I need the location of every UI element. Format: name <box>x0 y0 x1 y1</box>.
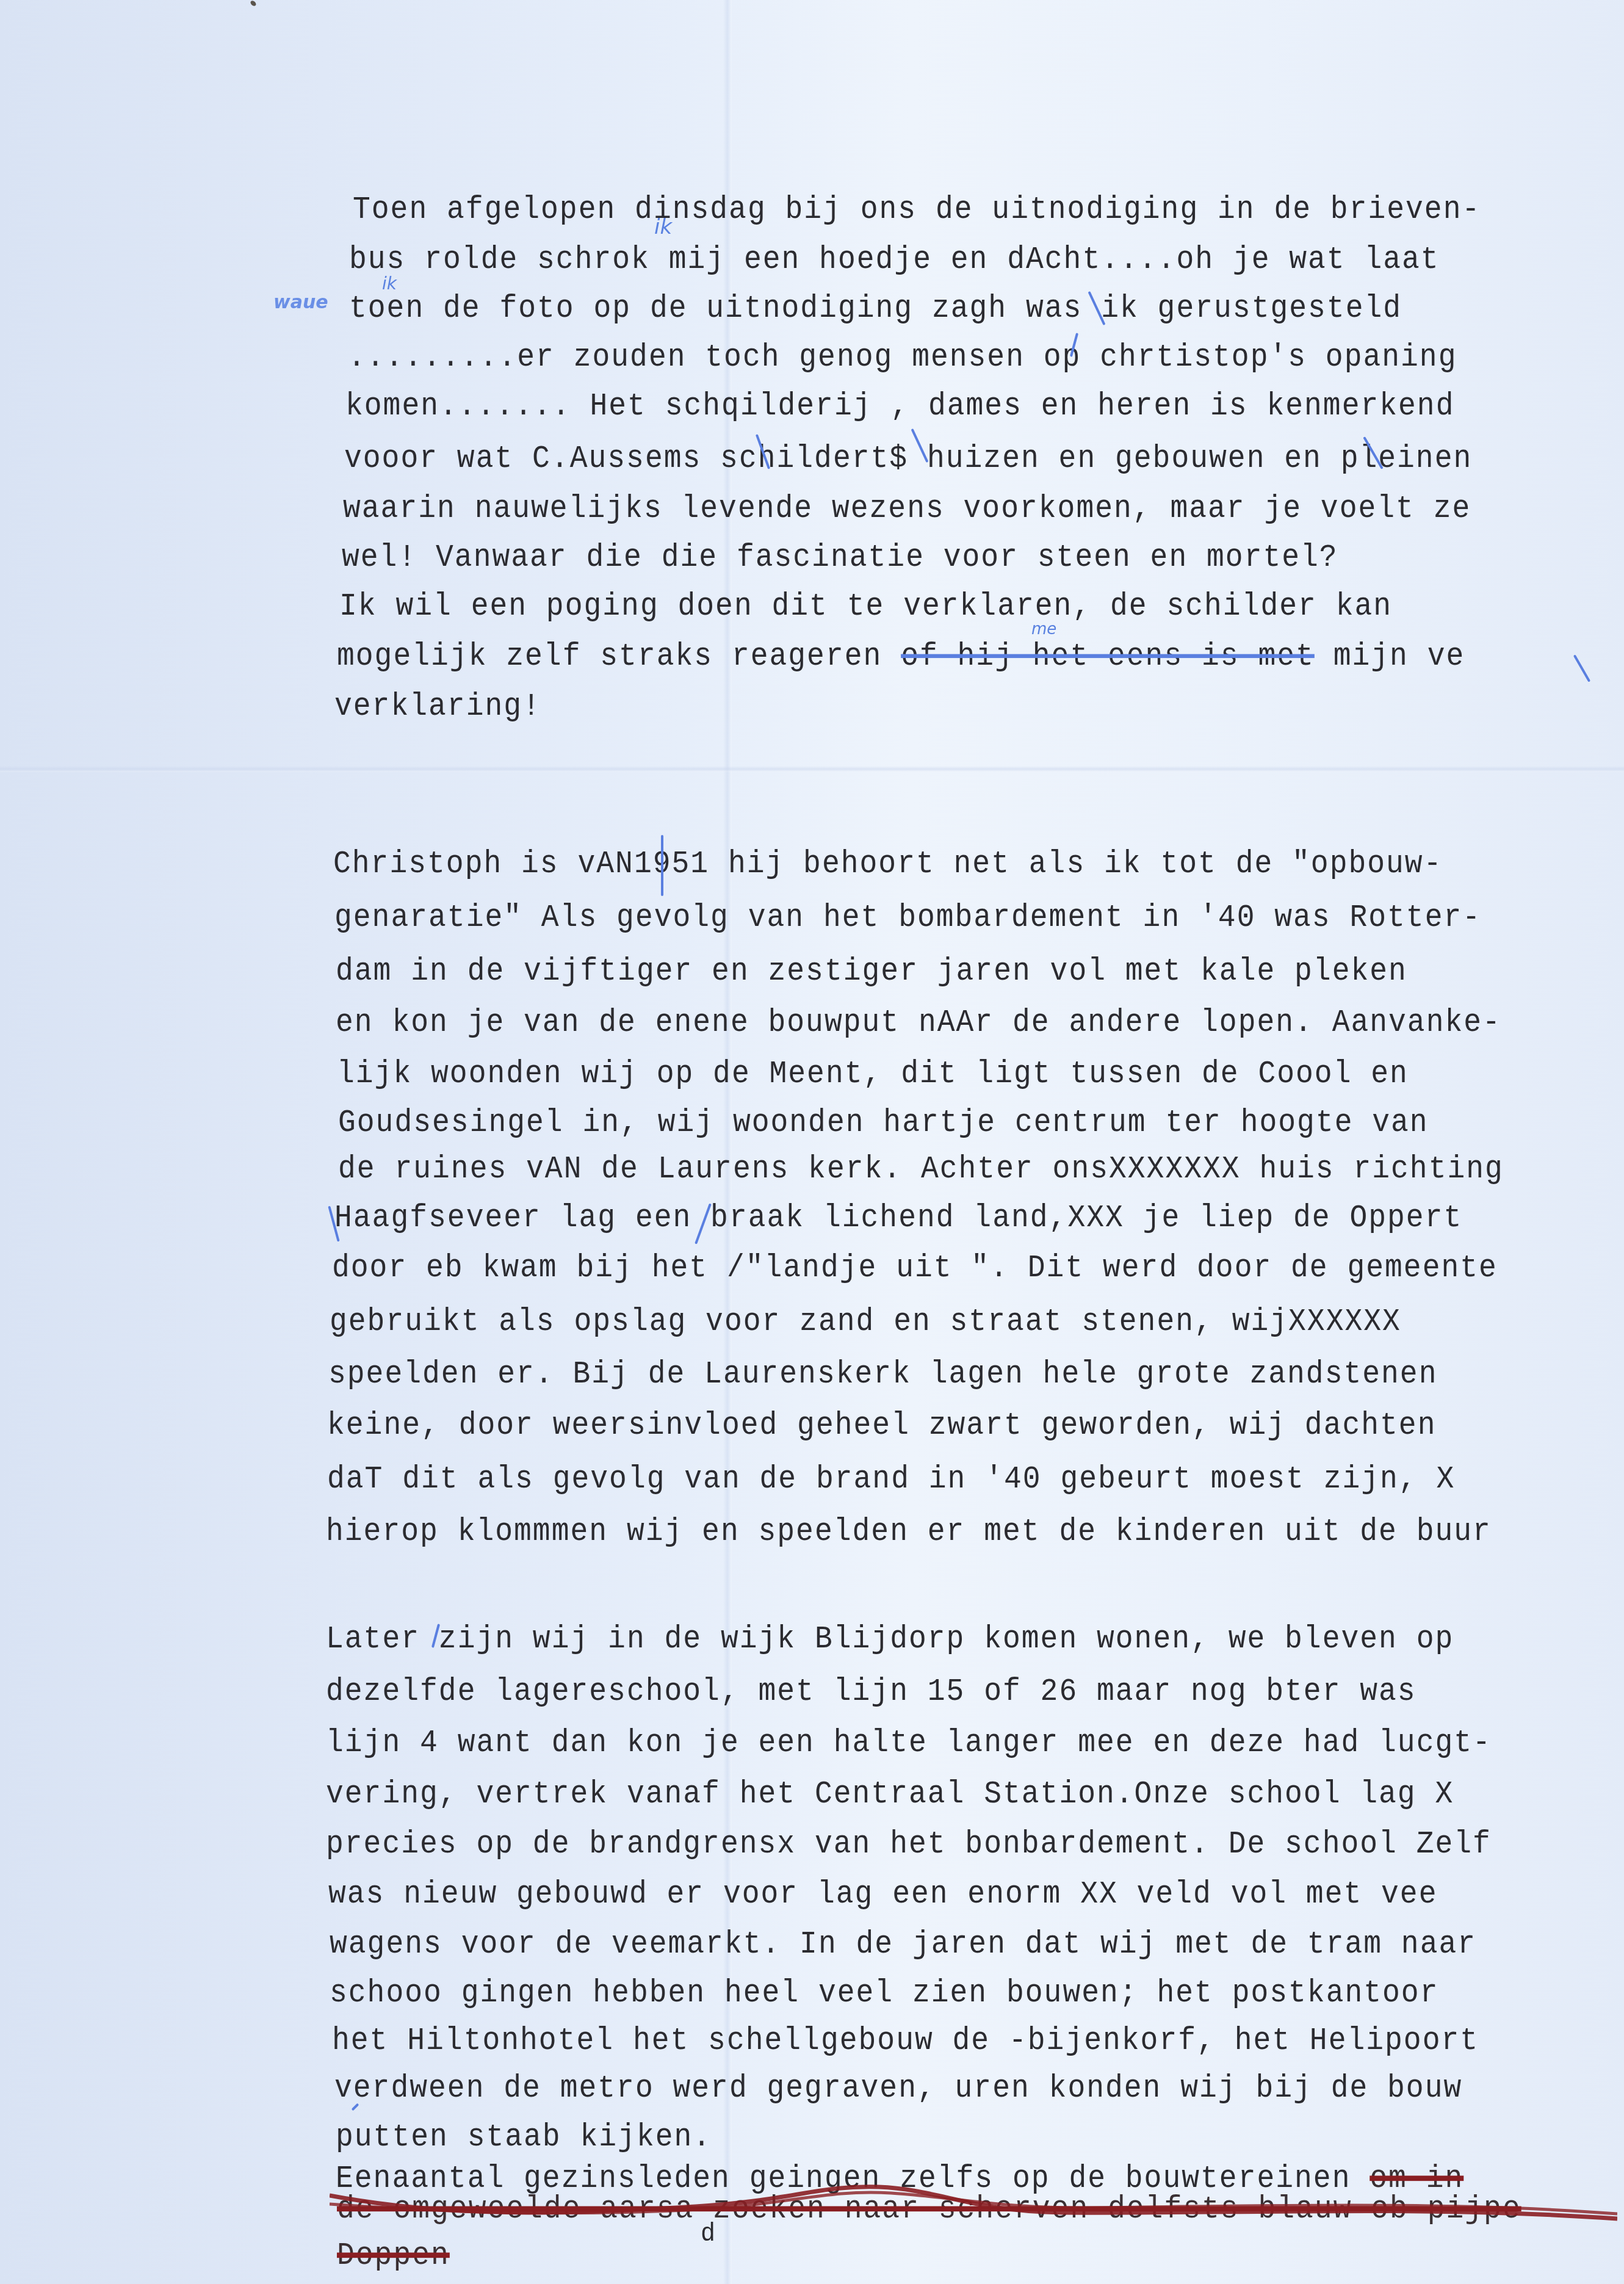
letter-line: komen....... Het schqilderij , dames en … <box>345 391 1454 422</box>
letter-line: vooor wat C.Aussems schildert$ huizen en… <box>344 443 1472 475</box>
letter-line: hierop klommmen wij en speelden er met d… <box>326 1516 1492 1548</box>
letter-line: dam in de vijftiger en zestiger jaren vo… <box>336 956 1407 988</box>
letter-line: bus rolde schrok mij een hoedje en dAcht… <box>349 244 1440 276</box>
letter-line: Ik wil een poging doen dit te verklaren,… <box>339 591 1392 623</box>
text-kept: mogelijk zelf straks reageren <box>337 639 901 674</box>
letter-line: de ruines vAN de Laurens kerk. Achter on… <box>338 1154 1504 1185</box>
letter-line: daT dit als gevolg van de brand in '40 g… <box>327 1464 1455 1495</box>
typewritten-letter: Toen afgelopen dinsdag bij ons de uitnod… <box>0 0 1624 2284</box>
handwritten-annotation: ik <box>654 215 672 239</box>
letter-line: speelden er. Bij de Laurenskerk lagen he… <box>328 1359 1437 1390</box>
letter-line: verdween de metro werd gegraven, uren ko… <box>334 2073 1462 2105</box>
letter-line: keine, door weersinvloed geheel zwart ge… <box>327 1410 1436 1442</box>
letter-line: genaratie" Als gevolg van het bombardeme… <box>334 902 1481 934</box>
letter-line: Later zijn wij in de wijk Blijdorp komen… <box>326 1624 1454 1655</box>
letter-line: Haagfseveer lag een braak lichend land,X… <box>334 1202 1462 1234</box>
letter-line: lijn 4 want dan kon je een halte langer … <box>326 1727 1492 1759</box>
letter-line: waarin nauwelijks levende wezens voorkom… <box>343 493 1471 525</box>
text-struck-blue: of hij het eens is met <box>901 639 1315 674</box>
letter-line: putten staab kijken. <box>336 2122 712 2153</box>
letter-line: was nieuw gebouwd er voor lag een enorm … <box>328 1879 1437 1910</box>
letter-line: verklaring! <box>334 691 541 723</box>
letter-line-with-strikethrough: mogelijk zelf straks reageren of hij het… <box>337 641 1465 673</box>
letter-line: dezelfde lagereschool, met lijn 15 of 26… <box>326 1676 1416 1708</box>
letter-line: .........er zouden toch genog mensen op … <box>348 342 1457 374</box>
correction-mark <box>1573 654 1590 682</box>
letter-line: schooo gingen hebben heel veel zien bouw… <box>330 1978 1438 2009</box>
red-strikethrough-scribble <box>330 2182 1617 2225</box>
text-struck-red: Doppen <box>337 2238 450 2274</box>
letter-line: Goudsesingel in, wij woonden hartje cent… <box>338 1107 1429 1139</box>
letter-line: vering, vertrek vanaf het Centraal Stati… <box>326 1779 1454 1810</box>
typed-correction-letter: d <box>701 2222 716 2248</box>
text-kept: mijn ve <box>1315 639 1465 674</box>
letter-line: Toen afgelopen dinsdag bij ons de uitnod… <box>353 194 1481 226</box>
letter-line: het Hiltonhotel het schellgebouw de -bij… <box>332 2025 1479 2057</box>
letter-line: lijk woonden wij op de Meent, dit ligt t… <box>337 1058 1409 1090</box>
handwritten-annotation: ik <box>382 273 397 294</box>
letter-line: wagens voor de veemarkt. In de jaren dat… <box>330 1929 1476 1961</box>
letter-line: en kon je van de enene bouwput nAAr de a… <box>336 1007 1501 1039</box>
letter-line: precies op de brandgrensx van het bonbar… <box>326 1829 1492 1860</box>
letter-line-struck: Doppen <box>337 2240 450 2272</box>
handwritten-margin-note: waue <box>273 292 328 313</box>
correction-mark <box>661 835 663 896</box>
handwritten-annotation: me <box>1031 620 1056 638</box>
letter-line: gebruikt als opslag voor zand en straat … <box>330 1306 1401 1338</box>
letter-line: wel! Vanwaar die die fascinatie voor ste… <box>342 542 1338 574</box>
letter-line: toen de foto op de uitnodiging zagh was … <box>349 293 1402 325</box>
letter-line: door eb kwam bij het /"landje uit ". Dit… <box>332 1252 1498 1284</box>
letter-line: Christoph is vAN1951 hij behoort net als… <box>333 848 1442 880</box>
